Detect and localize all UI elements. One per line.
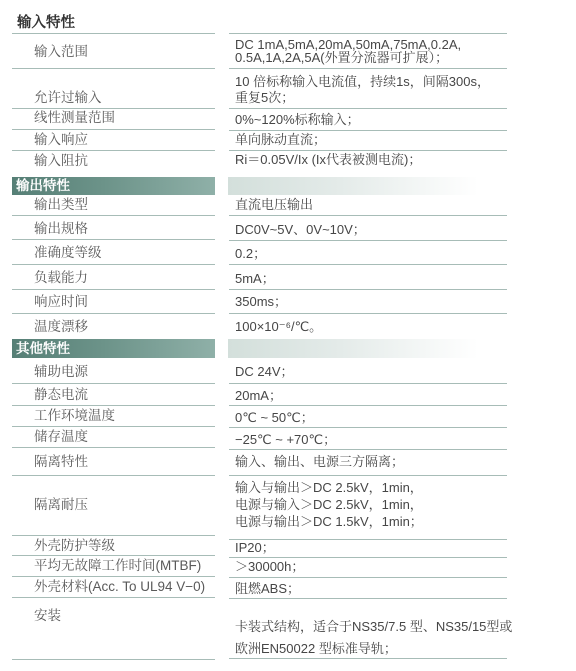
spec-value: 阻燃ABS；	[235, 581, 300, 597]
divider	[229, 598, 507, 599]
section-header-fade	[228, 339, 478, 358]
divider	[229, 557, 507, 558]
spec-value: 输入、输出、电源三方隔离；	[235, 454, 404, 470]
spec-label: 负载能力	[34, 270, 88, 286]
divider	[12, 475, 215, 476]
spec-value: ＞30000h；	[235, 559, 304, 575]
spec-value: 350ms；	[235, 294, 287, 310]
spec-label: 响应时间	[34, 294, 88, 310]
spec-value: 电源与输入＞DC 2.5kV，1min，	[235, 497, 423, 513]
spec-label: 准确度等级	[34, 245, 102, 261]
spec-value: −25℃ ~ +70℃；	[235, 432, 336, 448]
divider	[12, 426, 215, 427]
divider	[229, 449, 507, 450]
spec-value: 重复5次；	[235, 90, 294, 106]
spec-label: 储存温度	[34, 429, 88, 445]
spec-label: 外壳防护等级	[34, 538, 115, 554]
spec-value: 欧洲EN50022 型标准导轨；	[235, 641, 397, 657]
spec-value: IP20；	[235, 540, 275, 556]
spec-label: 输出类型	[34, 197, 88, 213]
divider	[229, 68, 507, 69]
spec-label: 隔离特性	[34, 454, 88, 470]
spec-label: 静态电流	[34, 387, 88, 403]
divider	[12, 313, 215, 314]
spec-value: 0.2；	[235, 246, 266, 262]
divider	[12, 150, 215, 151]
spec-sheet: 输入特性 输入范围 DC 1mA,5mA,20mA,50mA,75mA,0.2A…	[0, 0, 576, 671]
divider	[12, 659, 215, 660]
spec-value: DC0V~5V、0V~10V；	[235, 222, 366, 238]
divider	[12, 239, 215, 240]
divider	[229, 427, 507, 428]
divider	[12, 108, 215, 109]
spec-value: 100×10⁻⁶/℃。	[235, 319, 322, 335]
divider	[12, 447, 215, 448]
divider	[229, 475, 507, 476]
section-header-label: 其他特性	[12, 339, 215, 358]
spec-value: 10 倍标称输入电流值，持续1s，间隔300s，	[235, 74, 490, 90]
divider	[12, 555, 215, 556]
spec-value: 0%~120%标称输入；	[235, 112, 360, 128]
spec-label: 温度漂移	[34, 319, 88, 335]
section-header-output: 输出特性	[12, 177, 215, 195]
spec-value: Ri＝0.05V/Ix (Ix代表被测电流)；	[235, 152, 421, 168]
divider	[229, 150, 507, 151]
divider	[12, 68, 215, 69]
spec-value: 卡装式结构，适合于NS35/7.5 型、NS35/15型或	[235, 619, 512, 635]
spec-label: 输入阻抗	[34, 153, 88, 169]
spec-value: DC 24V；	[235, 364, 294, 380]
spec-label: 输入响应	[34, 132, 88, 148]
divider	[229, 130, 507, 131]
divider	[229, 33, 507, 34]
section-header-other: 其他特性	[12, 339, 215, 358]
spec-value: 电源与输出＞DC 1.5kV，1min；	[235, 514, 423, 530]
spec-value: 输入与输出＞DC 2.5kV，1min，	[235, 480, 423, 496]
divider	[229, 405, 507, 406]
spec-value: 单向脉动直流；	[235, 132, 326, 148]
spec-value: 20mA；	[235, 388, 282, 404]
spec-label: 安装	[34, 608, 61, 624]
spec-label: 辅助电源	[34, 364, 88, 380]
divider	[229, 383, 507, 384]
divider	[12, 383, 215, 384]
divider	[12, 129, 215, 130]
divider	[12, 289, 215, 290]
spec-label: 输出规格	[34, 221, 88, 237]
spec-value: 0℃ ~ 50℃；	[235, 410, 314, 426]
spec-value: 5mA；	[235, 271, 275, 287]
spec-value: 直流电压输出	[235, 197, 313, 213]
section-header-fade	[228, 177, 478, 195]
spec-label: 隔离耐压	[34, 497, 88, 513]
divider	[12, 597, 215, 598]
divider	[229, 289, 507, 290]
divider	[229, 577, 507, 578]
spec-label: 外壳材料(Acc. To UL94 V−0)	[34, 579, 205, 595]
divider	[12, 535, 215, 536]
divider	[229, 658, 507, 659]
divider	[229, 313, 507, 314]
section-header-label: 输出特性	[12, 177, 215, 195]
divider	[12, 264, 215, 265]
spec-label: 线性测量范围	[34, 110, 115, 126]
divider	[12, 215, 215, 216]
spec-label: 允许过输入	[34, 90, 102, 106]
divider	[229, 215, 507, 216]
divider	[229, 264, 507, 265]
divider	[12, 405, 215, 406]
spec-label: 输入范围	[34, 44, 88, 60]
spec-label: 工作环境温度	[34, 408, 115, 424]
divider	[229, 108, 507, 109]
spec-label: 平均无故障工作时间(MTBF)	[34, 558, 201, 574]
section-title-input: 输入特性	[17, 14, 75, 32]
spec-value: 0.5A,1A,2A,5A(外置分流器可扩展）；	[235, 50, 448, 66]
divider	[12, 33, 215, 34]
divider	[12, 576, 215, 577]
divider	[229, 240, 507, 241]
